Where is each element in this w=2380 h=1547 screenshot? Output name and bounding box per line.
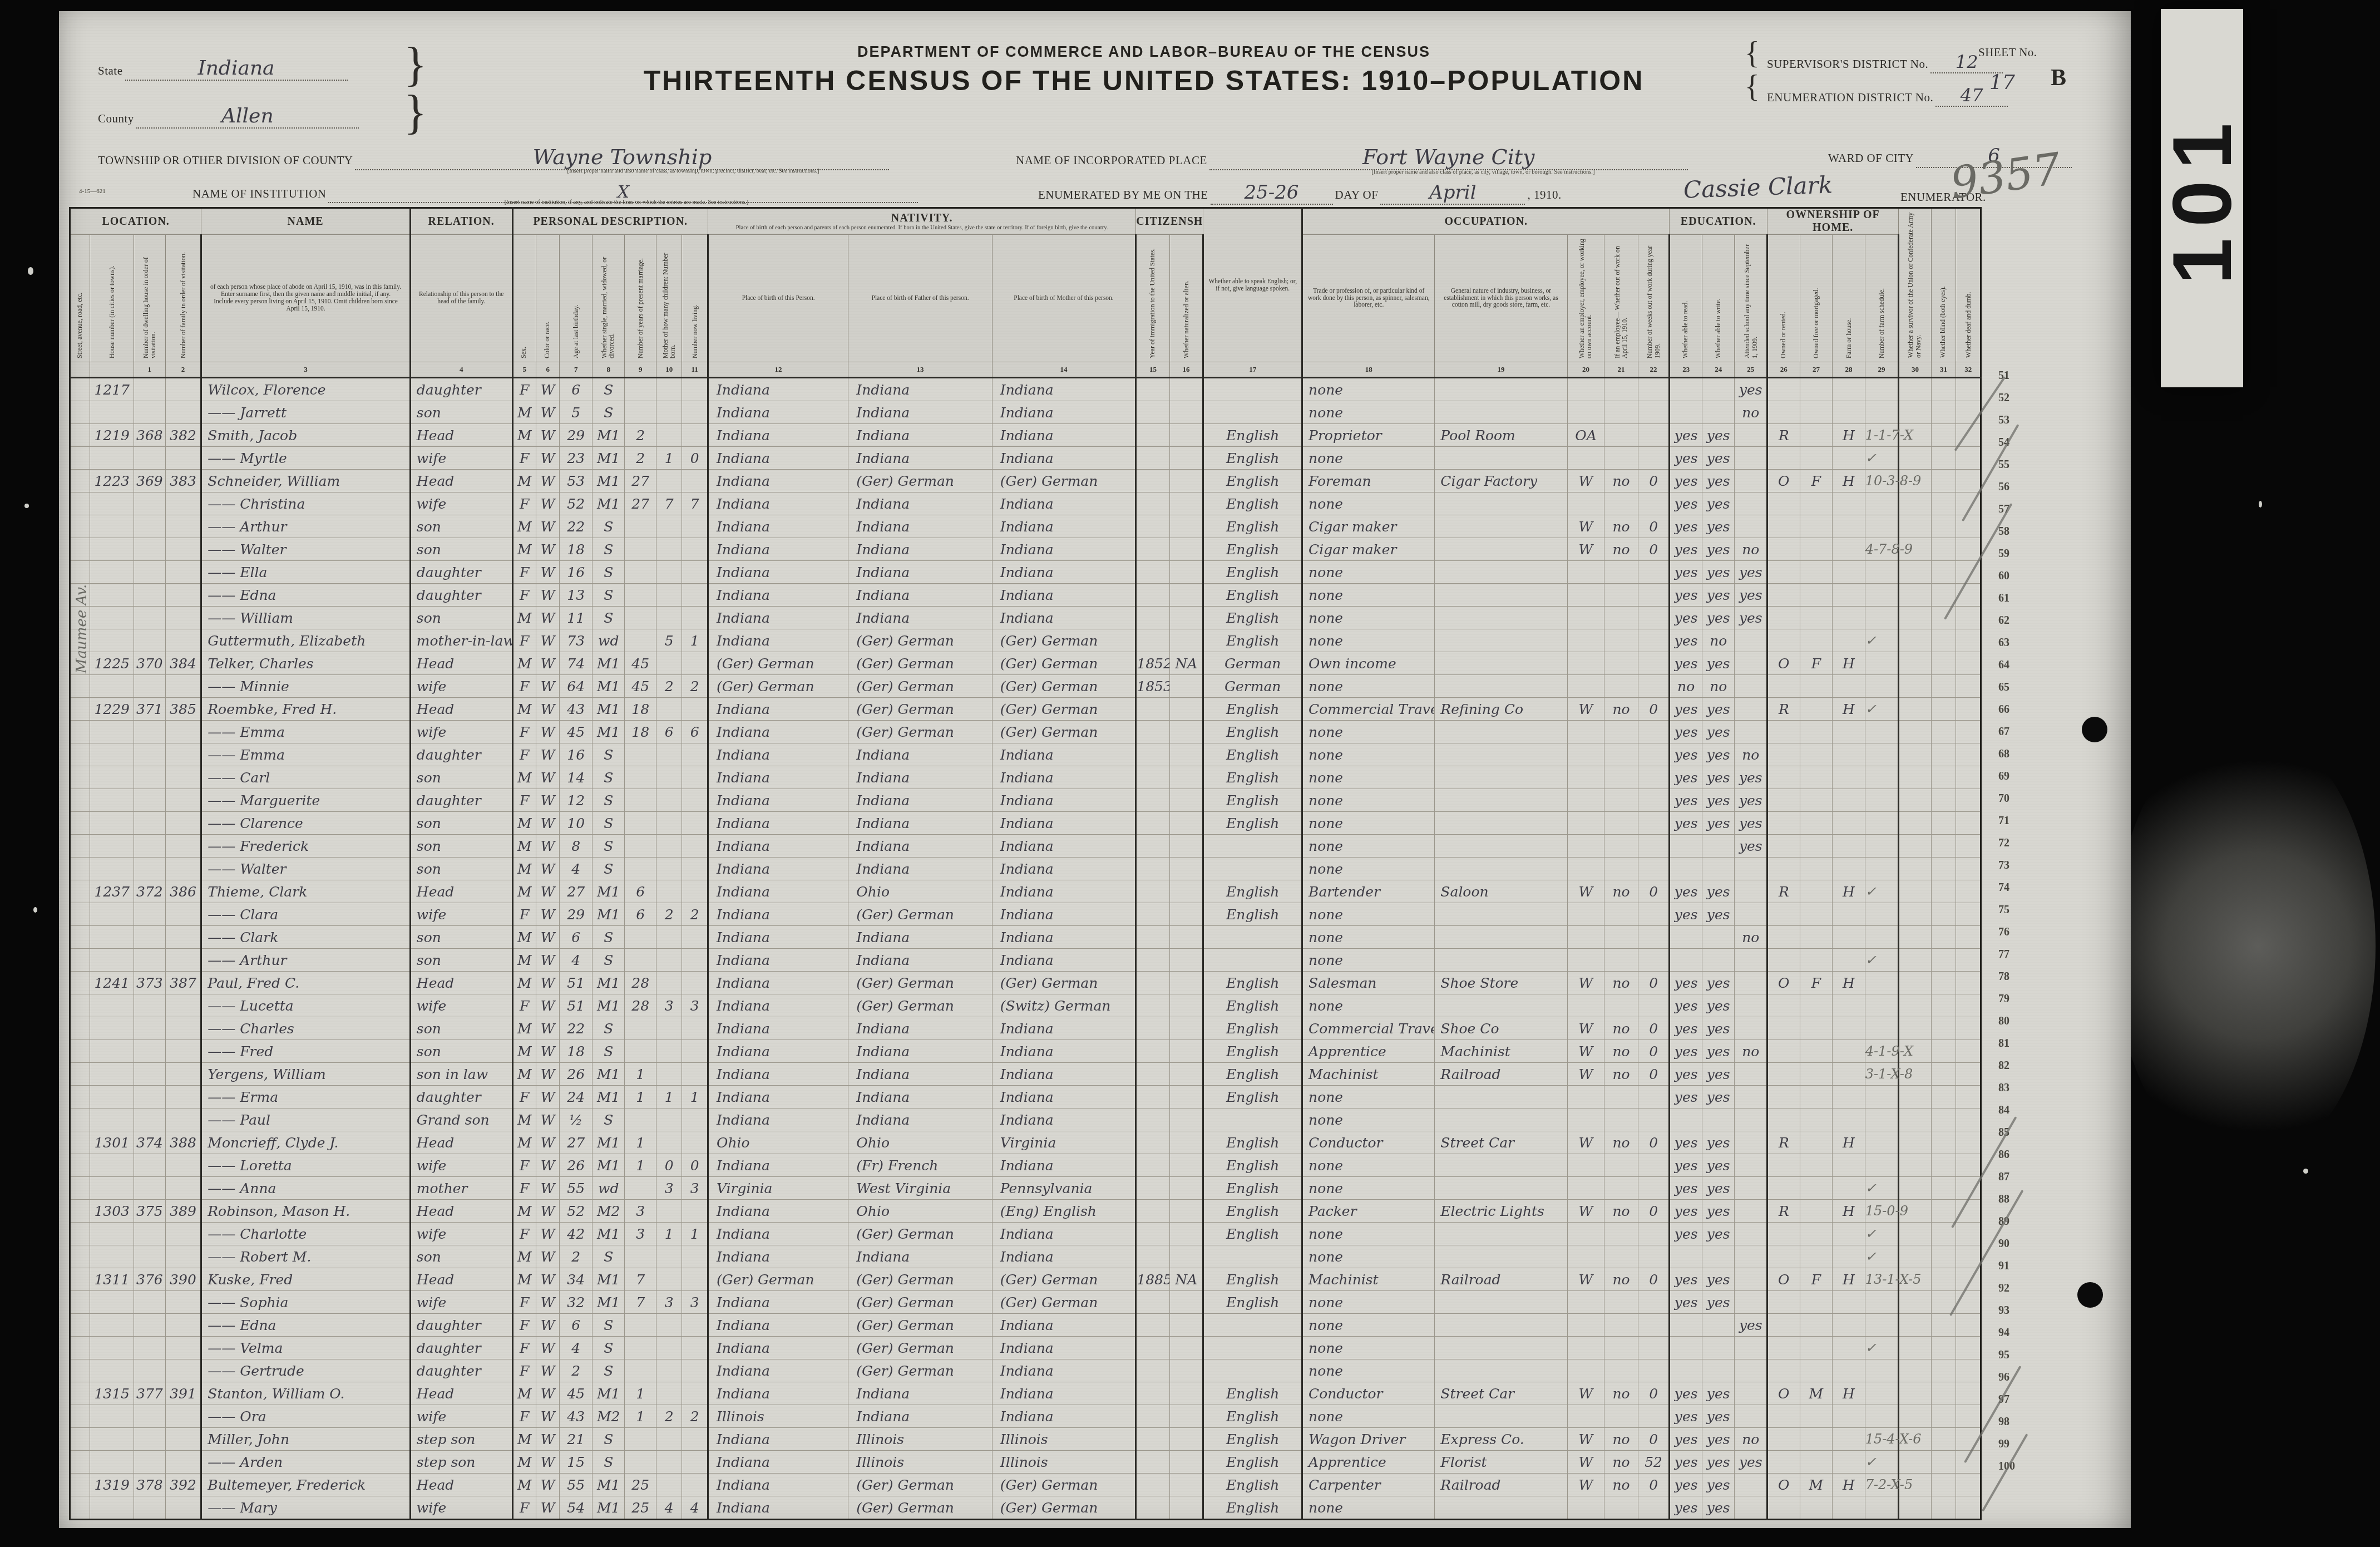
cell-age: 16 — [560, 743, 592, 766]
cell-lang: English — [1203, 492, 1302, 515]
cell-fh — [1833, 1451, 1865, 1474]
cell-col: W — [536, 378, 559, 401]
cell-u1 — [1899, 652, 1932, 675]
cell-ow — [1604, 858, 1638, 880]
cell-name: —— Arthur — [201, 515, 411, 538]
cell-wk — [1638, 447, 1670, 470]
cell-dw — [134, 812, 166, 835]
cell-house — [90, 492, 134, 515]
cell-fh: H — [1833, 1382, 1865, 1405]
cell-mar: M1 — [592, 698, 625, 721]
cell-rel: Head — [410, 972, 512, 994]
cell-own: O — [1767, 1268, 1800, 1291]
cell-cl — [682, 401, 708, 424]
cell-sex: F — [512, 629, 536, 652]
cell-ann: ✓ — [1865, 1451, 1899, 1474]
cell-nat — [1169, 1223, 1203, 1245]
cell-occ: none — [1302, 378, 1435, 401]
cell-mar: M1 — [592, 1086, 625, 1108]
cell-rel: wife — [410, 1496, 512, 1520]
cell-sc — [1735, 1154, 1767, 1177]
cell-name: —— Mary — [201, 1496, 411, 1520]
cell-rel: son — [410, 607, 512, 629]
cell-u2 — [1931, 972, 1956, 994]
cell-pbm: Indiana — [992, 401, 1135, 424]
col-num-lang: 17 — [1203, 362, 1302, 378]
cell-col: W — [536, 1086, 559, 1108]
cell-cls: W — [1567, 1382, 1604, 1405]
cell-nat — [1169, 1337, 1203, 1359]
cell-pbf: (Ger) German — [848, 994, 992, 1017]
cell-pbf: (Ger) German — [848, 1337, 992, 1359]
cell-dw: 375 — [134, 1200, 166, 1223]
col-desc-house: House number (in cities or towns). — [90, 235, 134, 362]
cell-ann: 15-0-9 — [1865, 1200, 1899, 1223]
cell-ind — [1435, 652, 1567, 675]
cell-ym: 45 — [625, 652, 656, 675]
cell-pbm: (Ger) German — [992, 629, 1135, 652]
cell-fam — [165, 903, 201, 926]
col-num-fam: 2 — [165, 362, 201, 378]
cell-fam — [165, 401, 201, 424]
enumeration-district-label: ENUMERATION DISTRICT No. — [1767, 91, 1933, 104]
cell-im — [1136, 858, 1170, 880]
cell-pb: Ohio — [708, 1131, 848, 1154]
cell-rd: yes — [1670, 1496, 1702, 1520]
cell-dw — [134, 378, 166, 401]
cell-ann — [1865, 766, 1899, 789]
cell-dw — [134, 766, 166, 789]
cell-lang: English — [1203, 538, 1302, 561]
cell-cb — [656, 1131, 682, 1154]
cell-pb: Indiana — [708, 1451, 848, 1474]
cell-mar: S — [592, 926, 625, 949]
cell-u2 — [1931, 401, 1956, 424]
cell-cb — [656, 515, 682, 538]
cell-rel: wife — [410, 1291, 512, 1314]
cell-ym — [625, 858, 656, 880]
cell-fam — [165, 789, 201, 812]
table-row: —— Ardenstep sonMW15SIndianaIllinoisIlli… — [70, 1451, 1981, 1474]
cell-st — [70, 766, 90, 789]
cell-u1 — [1899, 972, 1932, 994]
cell-ow — [1604, 1337, 1638, 1359]
cell-ym: 27 — [625, 492, 656, 515]
cell-cl — [682, 1382, 708, 1405]
table-row: —— FredericksonMW8SIndianaIndianaIndiana… — [70, 835, 1981, 858]
cell-ow — [1604, 1154, 1638, 1177]
cell-im — [1136, 401, 1170, 424]
table-row: —— ClarksonMW6SIndianaIndianaIndiananone… — [70, 926, 1981, 949]
cell-sex: F — [512, 1177, 536, 1200]
cell-fh — [1833, 1496, 1865, 1520]
cell-fam — [165, 743, 201, 766]
col-desc-pbm: Place of birth of Mother of this person. — [992, 235, 1135, 362]
cell-im — [1136, 1245, 1170, 1268]
cell-rd: yes — [1670, 1154, 1702, 1177]
cell-mor — [1800, 903, 1833, 926]
cell-ym: 28 — [625, 972, 656, 994]
cell-lang: English — [1203, 1291, 1302, 1314]
cell-lang: English — [1203, 424, 1302, 447]
group-ownership: OWNERSHIP OF HOME. — [1767, 208, 1899, 235]
cell-name: Schneider, William — [201, 470, 411, 492]
cell-u2 — [1931, 1108, 1956, 1131]
cell-name: Robinson, Mason H. — [201, 1200, 411, 1223]
cell-pbf: Illinois — [848, 1451, 992, 1474]
cell-lang: English — [1203, 515, 1302, 538]
cell-sex: M — [512, 1474, 536, 1496]
cell-cb: 3 — [656, 1291, 682, 1314]
table-row: 1303375389Robinson, Mason H.HeadMW52M23I… — [70, 1200, 1981, 1223]
cell-house — [90, 743, 134, 766]
cell-u3 — [1956, 652, 1981, 675]
cell-fh: H — [1833, 1268, 1865, 1291]
cell-ind — [1435, 378, 1567, 401]
cell-st — [70, 1359, 90, 1382]
cell-ym: 1 — [625, 1086, 656, 1108]
cell-own — [1767, 1314, 1800, 1337]
cell-ym: 1 — [625, 1063, 656, 1086]
cell-nat: NA — [1169, 652, 1203, 675]
cell-house — [90, 994, 134, 1017]
cell-sex: M — [512, 515, 536, 538]
cell-sc — [1735, 1496, 1767, 1520]
cell-ym — [625, 835, 656, 858]
cell-pbm: Indiana — [992, 949, 1135, 972]
cell-rd: yes — [1670, 1200, 1702, 1223]
cell-cb — [656, 1314, 682, 1337]
cell-ind — [1435, 994, 1567, 1017]
cell-house: 1241 — [90, 972, 134, 994]
cell-sex: F — [512, 378, 536, 401]
cell-sex: M — [512, 424, 536, 447]
cell-age: 54 — [560, 1496, 592, 1520]
cell-lang: English — [1203, 766, 1302, 789]
cell-st — [70, 743, 90, 766]
cell-fam — [165, 1428, 201, 1451]
cell-wk — [1638, 1154, 1670, 1177]
cell-wk — [1638, 607, 1670, 629]
cell-u1 — [1899, 1086, 1932, 1108]
cell-cls: W — [1567, 698, 1604, 721]
cell-cls: W — [1567, 1131, 1604, 1154]
cell-pbf: (Ger) German — [848, 1496, 992, 1520]
group-education: EDUCATION. — [1670, 208, 1767, 235]
cell-col: W — [536, 1131, 559, 1154]
cell-rd: yes — [1670, 1177, 1702, 1200]
cell-pbf: (Ger) German — [848, 1223, 992, 1245]
cell-mar: S — [592, 1108, 625, 1131]
cell-st — [70, 1017, 90, 1040]
cell-u1 — [1899, 858, 1932, 880]
cell-house — [90, 926, 134, 949]
cell-u2 — [1931, 492, 1956, 515]
cell-cl — [682, 949, 708, 972]
cell-name: —— Marguerite — [201, 789, 411, 812]
cell-pbm: Indiana — [992, 858, 1135, 880]
cell-u2 — [1931, 629, 1956, 652]
col-desc-cl: Number now living. — [682, 235, 708, 362]
day-of-label: DAY OF — [1335, 188, 1379, 201]
cell-ow: no — [1604, 1474, 1638, 1496]
cell-im — [1136, 1314, 1170, 1337]
cell-cl — [682, 1131, 708, 1154]
cell-cb: 1 — [656, 1086, 682, 1108]
cell-cb — [656, 1359, 682, 1382]
cell-ann — [1865, 994, 1899, 1017]
cell-pbf: Indiana — [848, 1017, 992, 1040]
cell-rd — [1670, 926, 1702, 949]
cell-ow: no — [1604, 1131, 1638, 1154]
cell-sc: yes — [1735, 378, 1767, 401]
table-row: —— AnnamotherFW55wd33VirginiaWest Virgin… — [70, 1177, 1981, 1200]
cell-name: —— Paul — [201, 1108, 411, 1131]
cell-pbm: Indiana — [992, 607, 1135, 629]
cell-col: W — [536, 1268, 559, 1291]
cell-own — [1767, 1040, 1800, 1063]
cell-im — [1136, 607, 1170, 629]
cell-mar: M1 — [592, 1496, 625, 1520]
cell-dw — [134, 447, 166, 470]
cell-wk — [1638, 858, 1670, 880]
cell-cl — [682, 743, 708, 766]
cell-own — [1767, 1245, 1800, 1268]
cell-col: W — [536, 1108, 559, 1131]
col-num-fh: 28 — [1833, 362, 1865, 378]
cell-fam — [165, 1154, 201, 1177]
cell-occ: none — [1302, 1337, 1435, 1359]
table-row: 1219368382Smith, JacobHeadMW29M12Indiana… — [70, 424, 1981, 447]
cell-ind: Street Car — [1435, 1382, 1567, 1405]
cell-wk — [1638, 1223, 1670, 1245]
cell-own: R — [1767, 424, 1800, 447]
cell-name: Stanton, William O. — [201, 1382, 411, 1405]
table-row: —— ElladaughterFW16SIndianaIndianaIndian… — [70, 561, 1981, 584]
group-header-row: LOCATION. NAME RELATION. PERSONAL DESCRI… — [70, 208, 1981, 235]
cell-house: 1301 — [90, 1131, 134, 1154]
cell-wr: yes — [1702, 766, 1735, 789]
cell-ym: 6 — [625, 880, 656, 903]
cell-im — [1136, 1040, 1170, 1063]
cell-ind — [1435, 835, 1567, 858]
cell-col: W — [536, 1223, 559, 1245]
cell-nat — [1169, 994, 1203, 1017]
cell-name: —— Clark — [201, 926, 411, 949]
cell-name: —— Loretta — [201, 1154, 411, 1177]
cell-ym: 3 — [625, 1200, 656, 1223]
cell-im — [1136, 1428, 1170, 1451]
table-row: —— GertrudedaughterFW2SIndiana(Ger) Germ… — [70, 1359, 1981, 1382]
cell-cls — [1567, 1154, 1604, 1177]
cell-occ: none — [1302, 1359, 1435, 1382]
cell-rd: yes — [1670, 1063, 1702, 1086]
cell-sc: no — [1735, 926, 1767, 949]
cell-rd: yes — [1670, 629, 1702, 652]
cell-mar: S — [592, 1245, 625, 1268]
cell-occ: none — [1302, 812, 1435, 835]
line-number: 75 — [1989, 904, 2034, 926]
cell-pbm: Illinois — [992, 1451, 1135, 1474]
cell-cb — [656, 743, 682, 766]
cell-occ: none — [1302, 766, 1435, 789]
cell-fam — [165, 1245, 201, 1268]
cell-dw — [134, 492, 166, 515]
cell-sc — [1735, 675, 1767, 698]
cell-rd — [1670, 1314, 1702, 1337]
cell-st — [70, 994, 90, 1017]
cell-u1 — [1899, 1291, 1932, 1314]
cell-mor — [1800, 766, 1833, 789]
cell-dw: 377 — [134, 1382, 166, 1405]
cell-lang: English — [1203, 880, 1302, 903]
cell-pb: Indiana — [708, 1223, 848, 1245]
cell-occ: Cigar maker — [1302, 538, 1435, 561]
table-row: —— CharlottewifeFW42M1311Indiana(Ger) Ge… — [70, 1223, 1981, 1245]
incorporated-place-field: NAME OF INCORPORATED PLACE Fort Wayne Ci… — [1016, 145, 1688, 170]
cell-fam — [165, 1359, 201, 1382]
line-number: 99 — [1989, 1438, 2034, 1460]
cell-u2 — [1931, 1337, 1956, 1359]
cell-ym — [625, 401, 656, 424]
cell-ind: Cigar Factory — [1435, 470, 1567, 492]
cell-pbf: (Ger) German — [848, 629, 992, 652]
cell-u2 — [1931, 424, 1956, 447]
cell-mor — [1800, 1108, 1833, 1131]
cell-pb: Indiana — [708, 515, 848, 538]
cell-u2 — [1931, 766, 1956, 789]
cell-cls — [1567, 492, 1604, 515]
cell-cb: 3 — [656, 1177, 682, 1200]
cell-cb — [656, 1245, 682, 1268]
cell-pbf: Indiana — [848, 858, 992, 880]
cell-u3 — [1956, 1063, 1981, 1086]
cell-own — [1767, 378, 1800, 401]
cell-age: 55 — [560, 1177, 592, 1200]
cell-house — [90, 538, 134, 561]
cell-ym: 25 — [625, 1496, 656, 1520]
institution-note: [Insert name of institution, if any, and… — [348, 199, 905, 205]
cell-mar: S — [592, 835, 625, 858]
cell-pbm: Indiana — [992, 1108, 1135, 1131]
cell-st — [70, 1405, 90, 1428]
cell-ow — [1604, 492, 1638, 515]
cell-rd — [1670, 401, 1702, 424]
cell-rd: yes — [1670, 538, 1702, 561]
brace-left: { — [1745, 38, 1760, 69]
cell-mar: S — [592, 812, 625, 835]
cell-pbm: Indiana — [992, 812, 1135, 835]
cell-u1 — [1899, 607, 1932, 629]
cell-mor — [1800, 1200, 1833, 1223]
cell-u2 — [1931, 698, 1956, 721]
cell-wr: yes — [1702, 1291, 1735, 1314]
cell-name: Roembke, Fred H. — [201, 698, 411, 721]
cell-dw — [134, 584, 166, 607]
col-num-pb: 12 — [708, 362, 848, 378]
cell-wk — [1638, 1177, 1670, 1200]
cell-u1 — [1899, 629, 1932, 652]
cell-ym — [625, 812, 656, 835]
cell-ow — [1604, 584, 1638, 607]
cell-mor — [1800, 515, 1833, 538]
cell-cb — [656, 424, 682, 447]
cell-dw — [134, 1223, 166, 1245]
cell-house — [90, 1108, 134, 1131]
cell-sex: F — [512, 1291, 536, 1314]
cell-u3 — [1956, 743, 1981, 766]
cell-sc — [1735, 858, 1767, 880]
cell-wk — [1638, 561, 1670, 584]
cell-occ: Own income — [1302, 652, 1435, 675]
col-desc-u3: Whether deaf and dumb. — [1956, 208, 1981, 362]
table-row: 1241373387Paul, Fred C.HeadMW51M128India… — [70, 972, 1981, 994]
cell-wk — [1638, 1314, 1670, 1337]
cell-im — [1136, 812, 1170, 835]
cell-dw — [134, 1337, 166, 1359]
cell-u1 — [1899, 1496, 1932, 1520]
cell-rd: yes — [1670, 994, 1702, 1017]
cell-sc — [1735, 424, 1767, 447]
cell-ann: 4-1-9-X — [1865, 1040, 1899, 1063]
cell-rd: yes — [1670, 1017, 1702, 1040]
cell-ann — [1865, 812, 1899, 835]
cell-cls: W — [1567, 538, 1604, 561]
col-desc-mor: Owned free or mortgaged. — [1800, 235, 1833, 362]
cell-pb: Indiana — [708, 926, 848, 949]
cell-dw — [134, 903, 166, 926]
cell-ym — [625, 538, 656, 561]
cell-lang — [1203, 1359, 1302, 1382]
cell-col: W — [536, 858, 559, 880]
department-line: DEPARTMENT OF COMMERCE AND LABOR–BUREAU … — [615, 43, 1672, 61]
cell-nat — [1169, 1063, 1203, 1086]
col-desc-fam: Number of family in order of visitation. — [165, 235, 201, 362]
cell-sex: M — [512, 470, 536, 492]
cell-fam — [165, 1496, 201, 1520]
cell-cls — [1567, 789, 1604, 812]
cell-nat — [1169, 1017, 1203, 1040]
cell-pb: Indiana — [708, 1063, 848, 1086]
line-number: 69 — [1989, 770, 2034, 792]
cell-rel: son — [410, 538, 512, 561]
cell-fh — [1833, 926, 1865, 949]
cell-pbm: Indiana — [992, 1086, 1135, 1108]
cell-sc — [1735, 1108, 1767, 1131]
cell-st — [70, 1451, 90, 1474]
cell-cb — [656, 1017, 682, 1040]
cell-ind — [1435, 1405, 1567, 1428]
cell-mar: S — [592, 949, 625, 972]
cell-col: W — [536, 470, 559, 492]
cell-sex: M — [512, 1131, 536, 1154]
cell-wk — [1638, 1291, 1670, 1314]
table-row: —— ClarencesonMW10SIndianaIndianaIndiana… — [70, 812, 1981, 835]
cell-u2 — [1931, 652, 1956, 675]
cell-wr: yes — [1702, 584, 1735, 607]
cell-ann: ✓ — [1865, 1245, 1899, 1268]
cell-wr: yes — [1702, 1451, 1735, 1474]
cell-st — [70, 1314, 90, 1337]
cell-mor — [1800, 698, 1833, 721]
cell-own — [1767, 538, 1800, 561]
cell-ym — [625, 743, 656, 766]
cell-pb: (Ger) German — [708, 675, 848, 698]
cell-dw: 378 — [134, 1474, 166, 1496]
cell-pb: (Ger) German — [708, 652, 848, 675]
cell-rel: wife — [410, 1154, 512, 1177]
table-row: —— LorettawifeFW26M1100Indiana(Fr) Frenc… — [70, 1154, 1981, 1177]
